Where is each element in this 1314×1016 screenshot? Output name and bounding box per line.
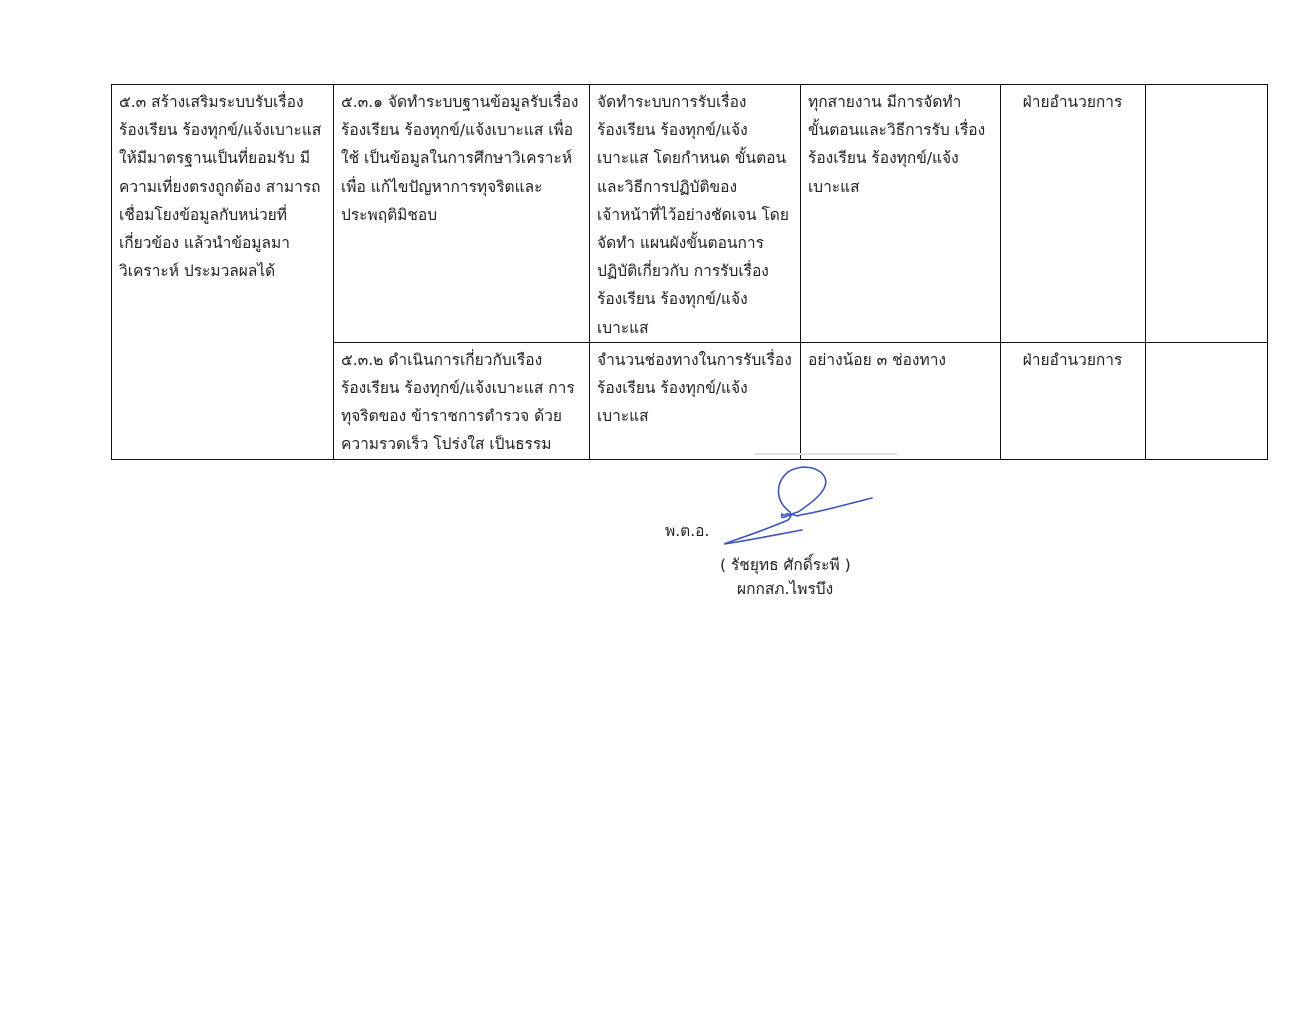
target-line: ร้องเรียน ร้องทุกข์/แจ้ง — [808, 144, 992, 172]
indicator-line: จัดทำ แผนผังขั้นตอนการ — [597, 229, 792, 257]
strategy-line: เชื่อมโยงข้อมูลกับหน่วยที่ — [119, 201, 325, 229]
indicator-line: ปฏิบัติเกี่ยวกับ การรับเรื่อง — [597, 257, 792, 285]
target-line: ทุกสายงาน มีการจัดทำ — [808, 88, 992, 116]
responsible-cell: ฝ่ายอำนวยการ — [1001, 85, 1146, 343]
signatory-position: ผกกสภ.ไพรบึง — [737, 576, 833, 601]
measure-line: ๕.๓.๒ ดำเนินการเกี่ยวกับเรือง — [341, 346, 581, 374]
signatory-rank: พ.ต.อ. — [665, 518, 709, 543]
indicator-line: จำนวนช่องทางในการรับเรื่อง — [597, 346, 792, 374]
strategy-line: วิเคราะห์ ประมวลผลได้ — [119, 257, 325, 285]
measure-line: ใช้ เป็นข้อมูลในการศึกษาวิเคราะห์ — [341, 144, 581, 172]
target-line: ขั้นตอนและวิธีการรับ เรื่อง — [808, 116, 992, 144]
measure-line: ทุจริตของ ข้าราชการตำรวจ ด้วย — [341, 402, 581, 430]
indicator-line: ร้องเรียน ร้องทุกข์/แจ้ง — [597, 285, 792, 313]
measure-cell: ๕.๓.๒ ดำเนินการเกี่ยวกับเรือง ร้องเรียน … — [334, 342, 590, 459]
indicator-line: และวิธีการปฏิบัติของ — [597, 173, 792, 201]
measure-cell: ๕.๓.๑ จัดทำระบบฐานข้อมูลรับเรื่อง ร้องเร… — [334, 85, 590, 343]
strategy-cell: ๕.๓ สร้างเสริมระบบรับเรื่อง ร้องเรียน ร้… — [112, 85, 334, 460]
table-row: ๕.๓ สร้างเสริมระบบรับเรื่อง ร้องเรียน ร้… — [112, 85, 1268, 343]
measure-line: ๕.๓.๑ จัดทำระบบฐานข้อมูลรับเรื่อง — [341, 88, 581, 116]
strategy-line: เกี่ยวข้อง แล้วนำข้อมูลมา — [119, 229, 325, 257]
indicator-line: จัดทำระบบการรับเรื่อง — [597, 88, 792, 116]
target-cell: อย่างน้อย ๓ ช่องทาง — [801, 342, 1001, 459]
measure-line: ร้องเรียน ร้องทุกข์/แจ้งเบาะแส การ — [341, 374, 581, 402]
indicator-line: เจ้าหน้าที่ไว้อย่างชัดเจน โดย — [597, 201, 792, 229]
strategy-line: ให้มีมาตรฐานเป็นที่ยอมรับ มี — [119, 144, 325, 172]
strategy-line: ๕.๓ สร้างเสริมระบบรับเรื่อง — [119, 88, 325, 116]
responsible-cell: ฝ่ายอำนวยการ — [1001, 342, 1146, 459]
signature-block: พ.ต.อ. ( รัชยุทธ ศักดิ์ระพี ) ผกกสภ.ไพรบ… — [640, 460, 940, 610]
remark-cell — [1146, 85, 1268, 343]
responsible-text: ฝ่ายอำนวยการ — [1008, 88, 1137, 116]
indicator-line: เบาะแส — [597, 402, 792, 430]
action-plan-table: ๕.๓ สร้างเสริมระบบรับเรื่อง ร้องเรียน ร้… — [111, 84, 1268, 460]
measure-line: เพื่อ แก้ไขปัญหาการทุจริตและ — [341, 173, 581, 201]
target-line: อย่างน้อย ๓ ช่องทาง — [808, 346, 992, 374]
target-cell: ทุกสายงาน มีการจัดทำ ขั้นตอนและวิธีการรั… — [801, 85, 1001, 343]
strategy-line: ร้องเรียน ร้องทุกข์/แจ้งเบาะแส — [119, 116, 325, 144]
measure-line: ประพฤติมิชอบ — [341, 201, 581, 229]
indicator-line: ร้องเรียน ร้องทุกข์/แจ้ง — [597, 116, 792, 144]
indicator-cell: จัดทำระบบการรับเรื่อง ร้องเรียน ร้องทุกข… — [590, 85, 801, 343]
signatory-name: ( รัชยุทธ ศักดิ์ระพี ) — [720, 552, 851, 577]
measure-line: ร้องเรียน ร้องทุกข์/แจ้งเบาะแส เพื่อ — [341, 116, 581, 144]
measure-line: ความรวดเร็ว โปร่งใส เป็นธรรม — [341, 430, 581, 458]
responsible-text: ฝ่ายอำนวยการ — [1008, 346, 1137, 374]
indicator-line: เบาะแส — [597, 314, 792, 342]
indicator-line: เบาะแส โดยกำหนด ขั้นตอน — [597, 144, 792, 172]
indicator-cell: จำนวนช่องทางในการรับเรื่อง ร้องเรียน ร้อ… — [590, 342, 801, 459]
indicator-line: ร้องเรียน ร้องทุกข์/แจ้ง — [597, 374, 792, 402]
strategy-line: ความเที่ยงตรงถูกต้อง สามารถ — [119, 173, 325, 201]
scan-artifact-line — [755, 453, 897, 455]
target-line: เบาะแส — [808, 173, 992, 201]
remark-cell — [1146, 342, 1268, 459]
